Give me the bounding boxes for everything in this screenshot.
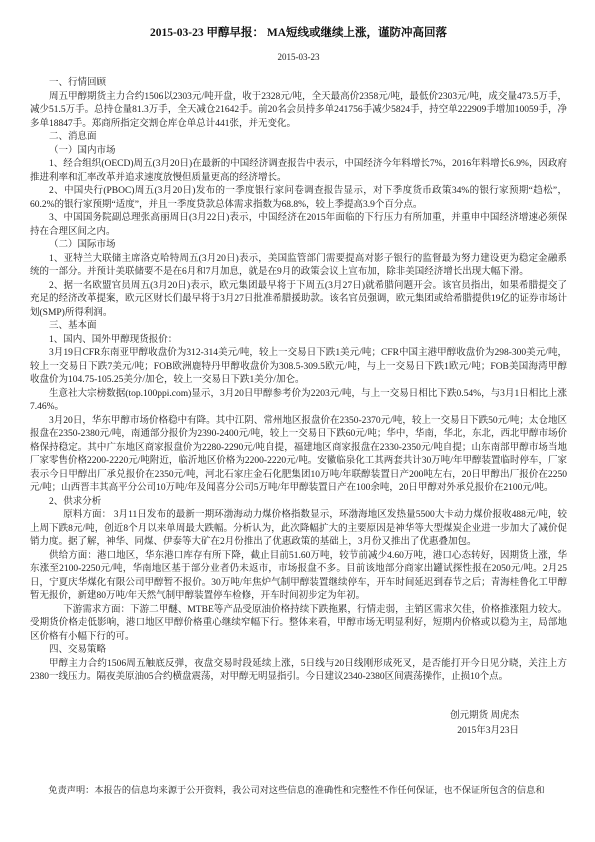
paragraph-strategy: 甲醇主力合约1506周五触底反弹，夜盘交易时段延续上涨，5日线与20日线刚形成死… bbox=[30, 658, 567, 685]
subsection-heading-supply-demand: 2、供求分析 bbox=[30, 496, 567, 510]
paragraph-domestic-news-3: 3、中国国务院副总理张高丽周日(3月22日)表示，中国经济在2015年面临的下行… bbox=[30, 212, 567, 239]
subsection-heading-spot-quotes: 1、国内、国外甲醇现货报价： bbox=[30, 334, 567, 348]
paragraph-supply: 供给方面：港口地区，华东港口库存有所下降，截止目前51.60万吨，较节前减少4.… bbox=[30, 550, 567, 604]
section-heading-news: 二、消息面 bbox=[30, 131, 567, 145]
section-heading-strategy: 四、交易策略 bbox=[30, 644, 567, 658]
paragraph-downstream-demand: 下游需求方面：下游二甲醚、MTBE等产品受原油价格持续下跌拖累，行情走弱，主销区… bbox=[30, 604, 567, 645]
paragraph-spot-quotes-1: 3月19日CFR东南亚甲醇收盘价为312-314美元/吨，较上一交易日下跌1美元… bbox=[30, 347, 567, 388]
report-date: 2015-03-23 bbox=[30, 52, 567, 62]
paragraph-domestic-news-1: 1、经合组织(OECD)周五(3月20日)在最新的中国经济调查报告中表示，中国经… bbox=[30, 158, 567, 185]
disclaimer-text: 免责声明：本报告的信息均来源于公开资料，我公司对这些信息的准确性和完整性不作任何… bbox=[30, 784, 569, 798]
subsection-heading-international-market: （二）国际市场 bbox=[30, 239, 567, 253]
report-body: 一、行情回顾 周五甲醇期货主力合约1506以2303元/吨开盘，收于2328元/… bbox=[30, 77, 567, 685]
subsection-heading-domestic-market: （一）国内市场 bbox=[30, 145, 567, 159]
paragraph-market-review: 周五甲醇期货主力合约1506以2303元/吨开盘，收于2328元/吨，全天最高价… bbox=[30, 91, 567, 132]
section-heading-fundamentals: 三、基本面 bbox=[30, 320, 567, 334]
signature-author: 创元期货 周虎杰 bbox=[30, 709, 519, 724]
paragraph-international-news-1: 1、亚特兰大联储主席洛克哈特周五(3月20日)表示，美国监管部门需要提高对影子银… bbox=[30, 253, 567, 280]
document-page: 2015-03-23 甲醇早报： MA短线或继续上涨，谨防冲高回落 2015-0… bbox=[0, 0, 595, 842]
paragraph-international-news-2: 2、据一名欧盟官员周五(3月20日)表示，欧元集团最早将于下周五(3月27日)就… bbox=[30, 280, 567, 321]
section-heading-market-review: 一、行情回顾 bbox=[30, 77, 567, 91]
signature-block: 创元期货 周虎杰 2015年3月23日 bbox=[30, 709, 567, 739]
paragraph-spot-quotes-2: 生意社大宗榜数据(top.100ppi.com)显示，3月20日甲醇参考价为22… bbox=[30, 388, 567, 415]
report-title: 2015-03-23 甲醇早报： MA短线或继续上涨，谨防冲高回落 bbox=[30, 26, 567, 41]
paragraph-domestic-news-2: 2、中国央行(PBOC)周五(3月20日)发布的一季度银行家问卷调查报告显示，对… bbox=[30, 185, 567, 212]
paragraph-raw-material: 原料方面： 3月11日发布的最新一期环渤海动力煤价格指数显示，环渤海地区发热量5… bbox=[30, 509, 567, 550]
signature-date: 2015年3月23日 bbox=[30, 724, 519, 739]
paragraph-spot-quotes-3: 3月20日，华东甲醇市场价格稳中有降。其中江阴、常州地区报盘价在2350-237… bbox=[30, 415, 567, 496]
